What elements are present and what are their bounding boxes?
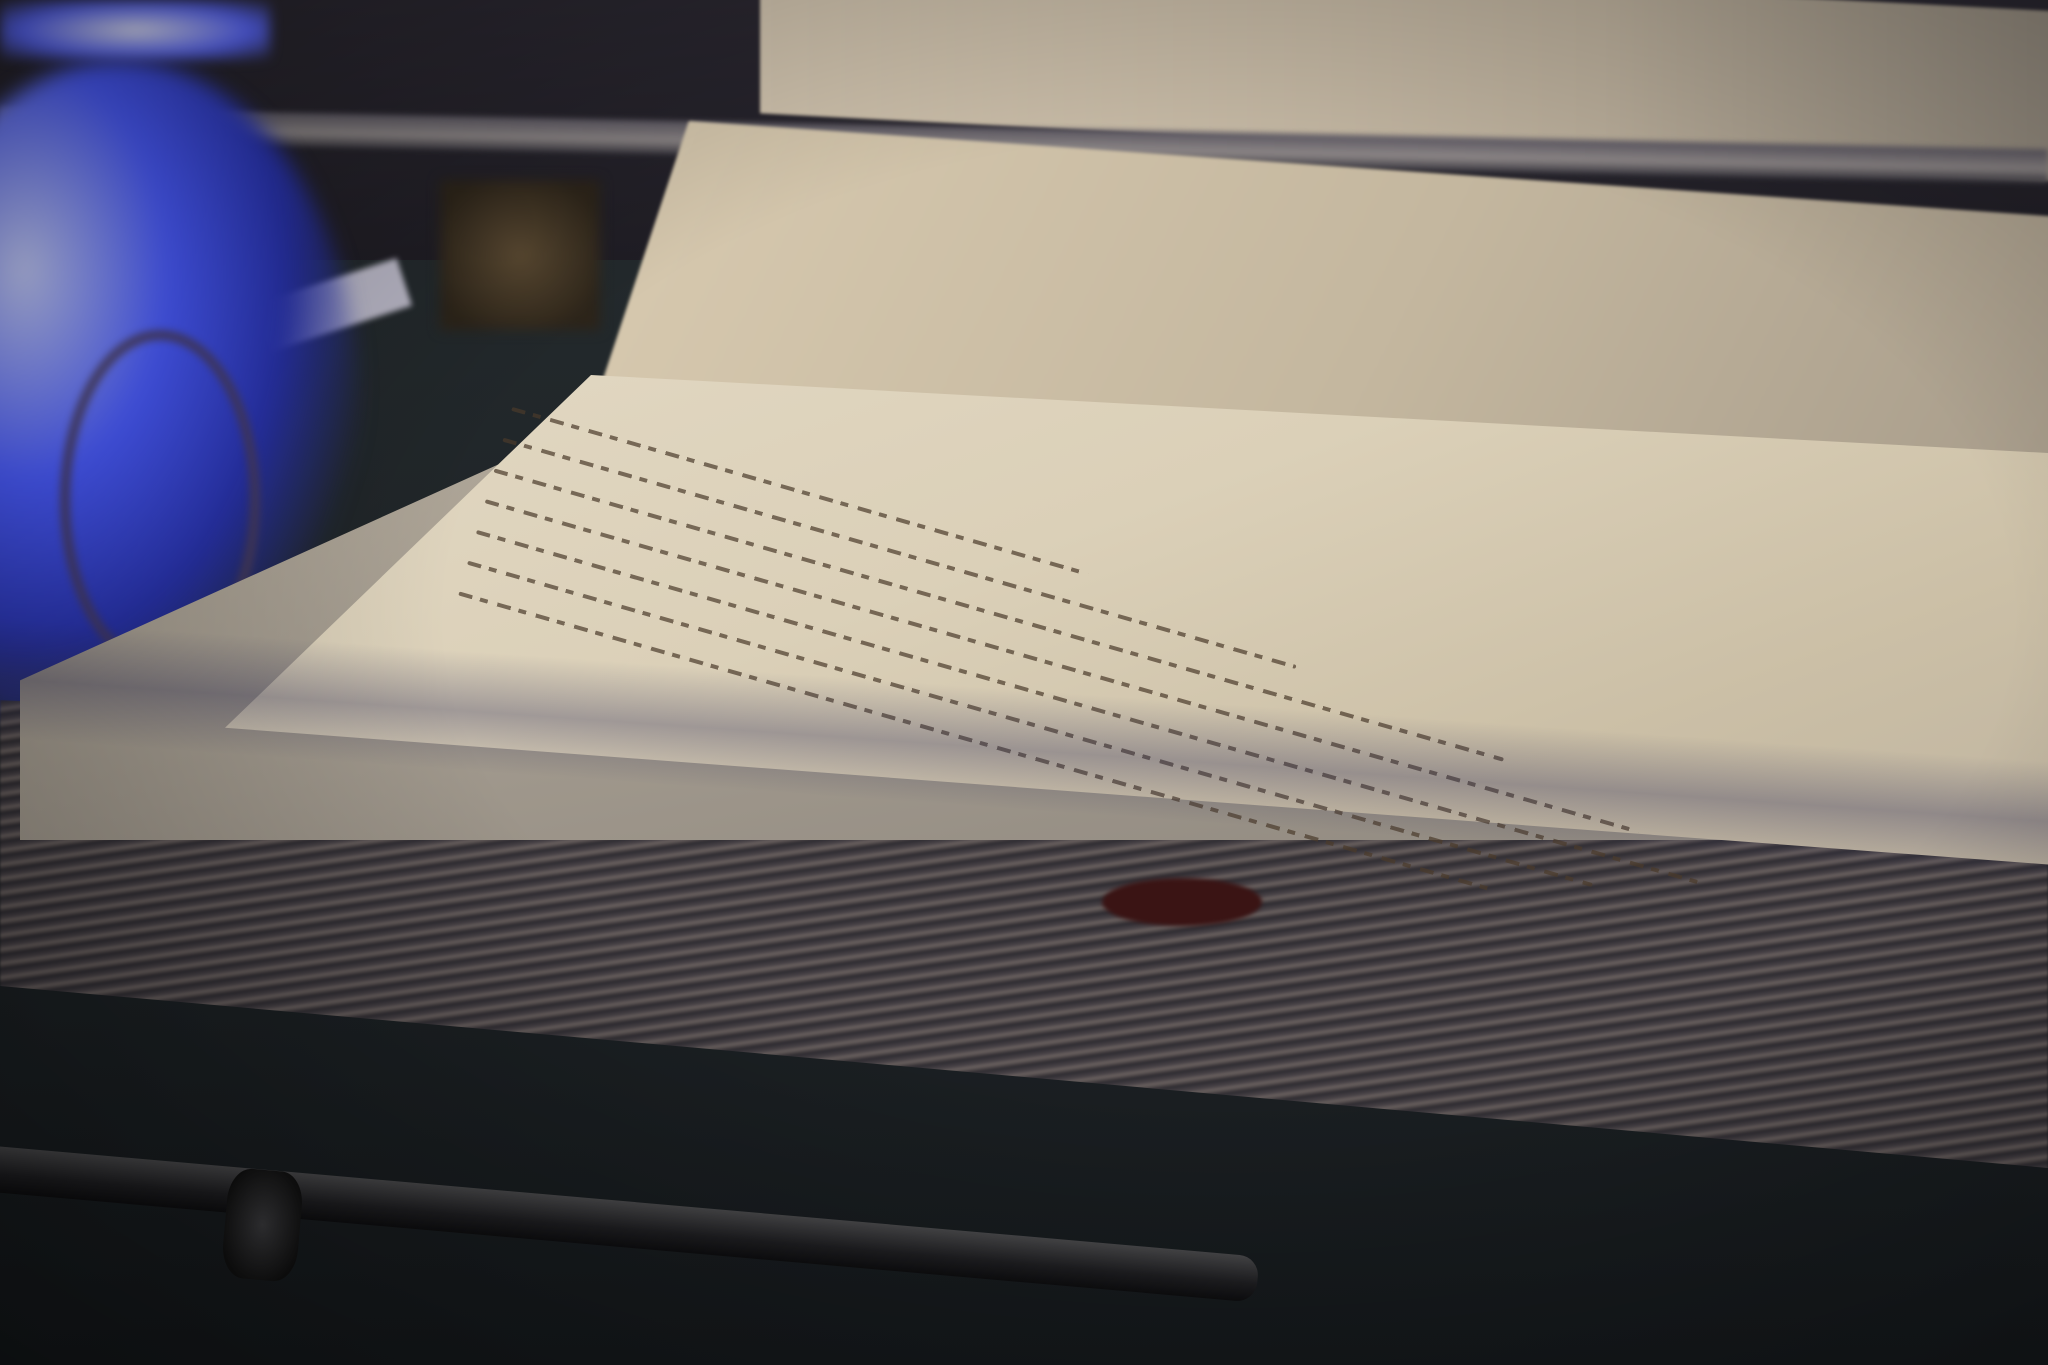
wooden-object <box>440 180 600 330</box>
photo-scene <box>0 0 2048 1365</box>
wax-seal <box>1102 878 1262 926</box>
blue-light-top <box>0 0 270 60</box>
rod-knob <box>220 1167 304 1283</box>
